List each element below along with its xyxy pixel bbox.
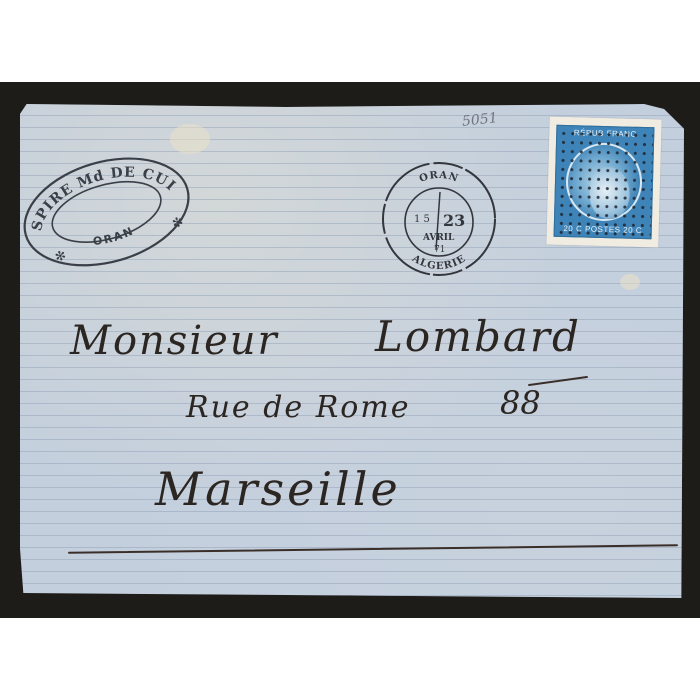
postage-stamp: RÉPUB FRANC 20 C POSTES 20 C [546, 117, 661, 248]
paper-stain [620, 274, 640, 290]
date-postmark: ORAN ALGERIE 1 5 23 AVRIL 71 [378, 158, 500, 280]
address-street: Rue de Rome [186, 390, 411, 425]
address-salutation: Monsieur [70, 318, 279, 364]
address-number: 88 [500, 384, 541, 422]
postmark-month: AVRIL [422, 233, 455, 243]
postmark-year: 71 [434, 245, 445, 255]
svg-text:ORAN: ORAN [90, 224, 137, 251]
postmark-day: 23 [443, 211, 465, 230]
stamp-design: RÉPUB FRANC 20 C POSTES 20 C [554, 125, 655, 240]
company-town-text: ORAN [90, 224, 137, 251]
address-name: Lombard [375, 312, 581, 361]
postmark-time: 1 5 [414, 214, 430, 225]
ornament-icon: ✻ [53, 248, 68, 265]
postmark-town: ORAN [418, 170, 460, 185]
lozenge-cancel [555, 126, 654, 238]
svg-text:ORAN: ORAN [418, 170, 460, 185]
address-city: Marseille [155, 462, 401, 516]
